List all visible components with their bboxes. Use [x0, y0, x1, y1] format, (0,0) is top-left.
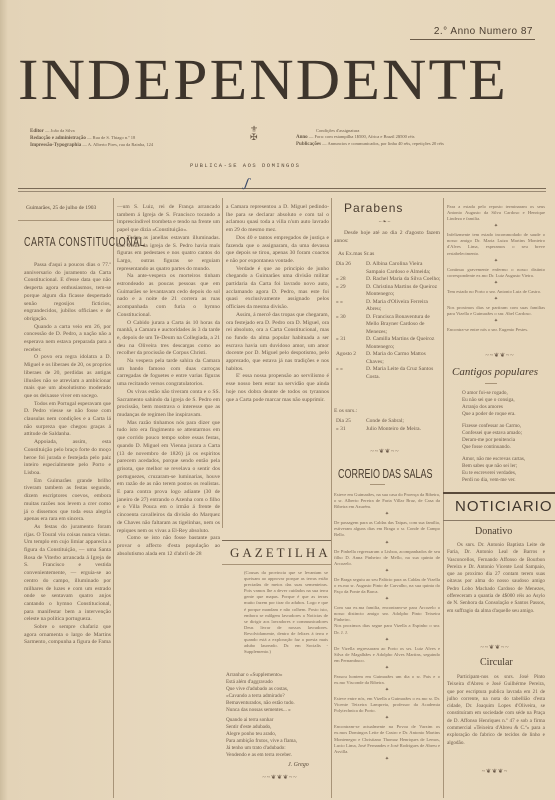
paragraph: As festas do juramento foram rijas. O To… — [24, 524, 111, 624]
birthday-entry: » 31Julio Monteiro de Meira. — [336, 426, 442, 434]
column-divider — [331, 198, 332, 798]
ornament-icon: ~~❦❦~~ — [460, 352, 540, 359]
paragraph: Passa d'aqui a poucos dias o 77.º annive… — [24, 262, 111, 324]
issue-underline — [410, 39, 535, 40]
news-item: Infelizmente tem estado incommodado de s… — [447, 232, 545, 256]
verse-line: Para ambição frutos, vive a flama, — [226, 738, 330, 745]
subscription-info: Condições d'assignatura Anno — Fora: com… — [296, 128, 496, 148]
title-underline — [370, 484, 385, 485]
parabens-intro: Desde hoje até ao dia 2 d'agosto fazem a… — [334, 230, 440, 245]
verse-line: Deram-me por penitencia — [462, 437, 552, 444]
separator-star-icon: ✦ — [334, 539, 440, 549]
title-underline — [485, 383, 497, 384]
verse-line: Já tenho um trato d'adubado: — [226, 745, 330, 752]
birthday-entry: » 28D. Rachel Maria da Silva Coelho; — [336, 276, 442, 284]
verse-line: Eu te escreverei verdades, — [462, 470, 552, 477]
separator-star-icon: ✦ — [447, 317, 545, 327]
verse-line: Quando ai terra sonhar — [226, 717, 330, 724]
noticiario-rule-bottom — [443, 520, 555, 521]
paragraph: —um S. Luiz, rei de França arrancado tam… — [117, 204, 220, 235]
ornament-icon: ~~❦❦~~ — [455, 644, 535, 651]
section-title-parabens: Parabens — [344, 201, 403, 215]
news-item: Encontram-se actualmente na Povoa de Var… — [334, 724, 440, 754]
verse-line: Amor, não me escrevas cartas, — [462, 456, 552, 463]
verse-line: Alegre ponho teu arado, — [226, 731, 330, 738]
paragraph: Desde hoje até ao dia 2 d'agosto fazem a… — [334, 230, 440, 245]
cantigos-verses: O amor foi-se rogado, Eu não sei que o c… — [462, 390, 552, 484]
birthday-entry: » »D. Maria d'Oliveira Ferreira Abreu; — [336, 299, 442, 314]
news-item: Nos proximos dias se partiram com suas f… — [447, 305, 545, 317]
news-item: Para a estada pelo reposto terminaram os… — [447, 204, 545, 222]
column-divider — [222, 198, 223, 528]
printing-line: Impressão-Typographia — A. Alberto Pires… — [30, 142, 220, 149]
paragraph: Quando a carta veio em 26, por concessão… — [24, 324, 111, 355]
verse-line: Nunca das nossas sementes... » — [226, 707, 330, 714]
verse-line: Está além d'aggravado — [226, 679, 330, 686]
carta-column-3: a Camara representou a D. Miguel pedindo… — [226, 204, 329, 404]
paragraph: O Cabido jurara a Carta ás 10 horas da m… — [117, 320, 220, 359]
ornament-icon: ~❦❦❦~ — [455, 768, 535, 775]
separator-star-icon: ✦ — [334, 714, 440, 724]
separator-star-icon: ✦ — [334, 664, 440, 674]
dateline-rule — [18, 220, 113, 221]
circular-text: Participam-nos os snrs. José Pinto Teixe… — [447, 674, 545, 747]
paragraph: Mas razão tinhamos nós para dizer que tu… — [117, 420, 220, 536]
noticiario-rule-top — [443, 492, 555, 494]
verse-line: Vendendo e as em terra receber. — [226, 752, 330, 759]
separator-star-icon: ✦ — [334, 567, 440, 577]
right-notes: Para a estada pelo reposto terminaram os… — [447, 204, 545, 333]
news-item: Com sua ex.ma familia, encontram-se para… — [334, 605, 440, 623]
pen-mark-icon: ʃ — [241, 176, 251, 193]
parabens-list: Dia 26D. Albina Carolina Vieira Sampaio … — [336, 261, 442, 381]
paragraph: Na ante-vespera os morteiros tinham estr… — [117, 273, 220, 319]
birthday-entry: Agosto 2D. Maria do Carmo Mattos Chaves; — [336, 351, 442, 366]
paragraph: Os vivas estão não tiveram conta e o SS.… — [117, 389, 220, 420]
paragraph: Verdade é que ao principio de junho cheg… — [226, 266, 329, 312]
issue-number: 2.° Anno Numero 87 — [434, 26, 533, 40]
separator-star-icon: ✦ — [334, 686, 440, 696]
editor-line: Editor — João da Silva — [30, 128, 220, 135]
donativo-text: Os snrs. Dr. Antonio Baptista Leite de F… — [447, 542, 545, 615]
news-item: De Braga seguiu ao seu Palácio para as C… — [334, 577, 440, 595]
paragraph: Assim, á mercê das tropas que chegaram, … — [226, 312, 329, 374]
separator-star-icon: ✦ — [447, 257, 545, 267]
section-title-correio: CORREIO DAS SALAS — [338, 467, 433, 481]
publications-line: Publicações — Annuncios e communicados, … — [296, 141, 496, 148]
parabens-men-list: Dia 25Conde de Sabral; » 31Julio Monteir… — [336, 418, 442, 433]
section-title-gazetilha: GAZETILHA — [230, 545, 331, 561]
verse-line: «Cavando a terra admirado? — [226, 693, 330, 700]
parabens-men-label: E os snrs.: — [334, 408, 357, 414]
birthday-entry: » 29D. Christina Martins de Queiroz Mont… — [336, 284, 442, 299]
paragraph: E' essa nossa propensão ao servilismo é … — [226, 373, 329, 404]
birthday-entry: Dia 25Conde de Sabral; — [336, 418, 442, 426]
verse-line: Que vive d'adubado as costas, — [226, 686, 330, 693]
verse-line: Perdi no dia, vem-me ver. — [462, 477, 552, 484]
parabens-salutation: As Ex.mas Sr.as — [338, 251, 374, 257]
correio-items: Esteve em Guimarães, na sua casa do Proe… — [334, 492, 440, 765]
separator-star-icon: ✦ — [334, 510, 440, 520]
verse-line: Arranjo dos amores — [462, 404, 552, 411]
gazetilha-rule-bottom — [222, 564, 331, 565]
news-item: De Pinhella regressaram a Lisboa, acompa… — [334, 549, 440, 567]
separator-star-icon: ✦ — [334, 595, 440, 605]
verse-line: Sentir d'este adubado, — [226, 724, 330, 731]
news-item: Encontra-se entre nós o snr. Eugenio Pes… — [447, 327, 545, 333]
verse-line: Fizesse confessar ao Carmo, — [462, 423, 552, 430]
paragraph: Sobre o sempre chafariz que agora orname… — [24, 624, 111, 647]
birthday-entry: » »D. Maria Leite da Cruz Santos Costa. — [336, 366, 442, 381]
paragraph: Como se isto não fosse bastante para pro… — [117, 535, 220, 558]
paragraph: Todos em Portugal esperavam que D. Pedro… — [24, 401, 111, 440]
paragraph: a Camara representou a D. Miguel pedindo… — [226, 204, 329, 235]
section-title-cantigos: Cantigos populares — [452, 366, 538, 378]
masthead-title: INDEPENDENTE — [18, 50, 516, 110]
ornament-icon: ~~❦❦~~ — [345, 448, 425, 455]
tagline: PUBLICA-SE AOS DOMINGOS — [190, 162, 300, 169]
verse-line: Eu não sei que o consiga, — [462, 397, 552, 404]
newspaper-page: 2.° Anno Numero 87 INDEPENDENTE Editor —… — [0, 0, 555, 800]
paragraph: Em Guimarães grande brilho tiveram tambe… — [24, 478, 111, 524]
news-item: Continua gravemente enfermo o nosso dist… — [447, 267, 545, 279]
verse-line: Confessei que estava amado; — [462, 430, 552, 437]
separator-star-icon: ✦ — [447, 222, 545, 232]
subsection-title-donativo: Donativo — [475, 526, 512, 537]
paragraph: Appoiada, assim, esta Constituição pelo … — [24, 439, 111, 478]
column-divider — [113, 198, 114, 798]
birthday-entry: » 31D. Camilla Martins de Queiroz Monten… — [336, 336, 442, 351]
news-item: De Vizella regressaram ao Porto os srs. … — [334, 646, 440, 664]
carta-column-2: —um S. Luiz, rei de França arrancado tam… — [117, 204, 220, 558]
header-rule-top — [18, 188, 546, 189]
paragraph: Os snrs. Dr. Antonio Baptista Leite de F… — [447, 542, 545, 615]
section-title-noticiario: NOTICIARIO — [455, 498, 553, 515]
news-item: Esteve em Guimarães, na sua casa do Proe… — [334, 492, 440, 510]
annual-line: Anno — Fora: com estampilha 1$500, Afric… — [296, 134, 496, 141]
paragraph: Participam-nos os snrs. José Pinto Teixe… — [447, 674, 545, 747]
carta-column-1: Passa d'aqui a poucos dias o 77.º annive… — [24, 262, 111, 647]
verse-line: O amor foi-se rogado, — [462, 390, 552, 397]
separator-star-icon: ✦ — [447, 279, 545, 289]
header-rule-bottom — [18, 191, 546, 192]
paragraph: Na vespera pela tarde sahira da Camara u… — [117, 358, 220, 389]
news-item: Esteve entre nós, em Vizella a Guimarães… — [334, 696, 440, 714]
separator-star-icon: ✦ — [334, 636, 440, 646]
verse-line: Bemaventurados, não estão tudo. — [226, 700, 330, 707]
ornament-icon: ~❧~ — [355, 219, 415, 225]
subsection-title-circular: Circular — [480, 657, 513, 668]
ornament-icon: ~~❦❦❦~~ — [240, 774, 320, 781]
emblem-icon: ⚜✠ — [250, 125, 258, 141]
verse-line: Bem sabes que não sei ler; — [462, 463, 552, 470]
paragraph: Dos 40 e tantos empregados de justiça e … — [226, 235, 329, 266]
dateline: Guimarães, 25 de julho de 1903 — [26, 205, 111, 211]
news-item: Passou hontem em Guimarães um dia o sr. … — [334, 674, 440, 686]
verse-line: Que a poder de roque era. — [462, 411, 552, 418]
publisher-info: Editor — João da Silva Redacção e admini… — [30, 128, 220, 149]
verse-line: Que fosse continuando. — [462, 444, 552, 451]
gazetilha-stanza-2: Arranhar o «Supplemento» Está além d'agg… — [226, 672, 330, 714]
news-item: Nos proximos dias segue para Vizella a E… — [334, 623, 440, 635]
column-divider — [443, 198, 444, 798]
redaction-line: Redacção e administração — Rua de S. Thi… — [30, 135, 220, 142]
gazetilha-rule-top — [222, 540, 331, 541]
gazetilha-signature: J. Grego — [288, 762, 309, 768]
news-item: De passagem para as Caldas das Taipas, c… — [334, 520, 440, 538]
verse-line: Arranhar o «Supplemento» — [226, 672, 330, 679]
gazetilha-stanza-1: (Cousas da provincia que se levantam se … — [244, 570, 328, 655]
gazetilha-stanza-3: Quando ai terra sonhar Sentir d'este adu… — [226, 717, 330, 759]
separator-star-icon: ✦ — [334, 755, 440, 765]
paragraph: Todas as janellas estavam illuminadas. E… — [117, 235, 220, 274]
birthday-entry: » 30D. Francisca Bonaventura de Mello Br… — [336, 314, 442, 337]
birthday-entry: Dia 26D. Albina Carolina Vieira Sampaio … — [336, 261, 442, 276]
separator-star-icon: ✦ — [447, 295, 545, 305]
paragraph: O povo era regra idolatra a D. Miguel e … — [24, 354, 111, 400]
